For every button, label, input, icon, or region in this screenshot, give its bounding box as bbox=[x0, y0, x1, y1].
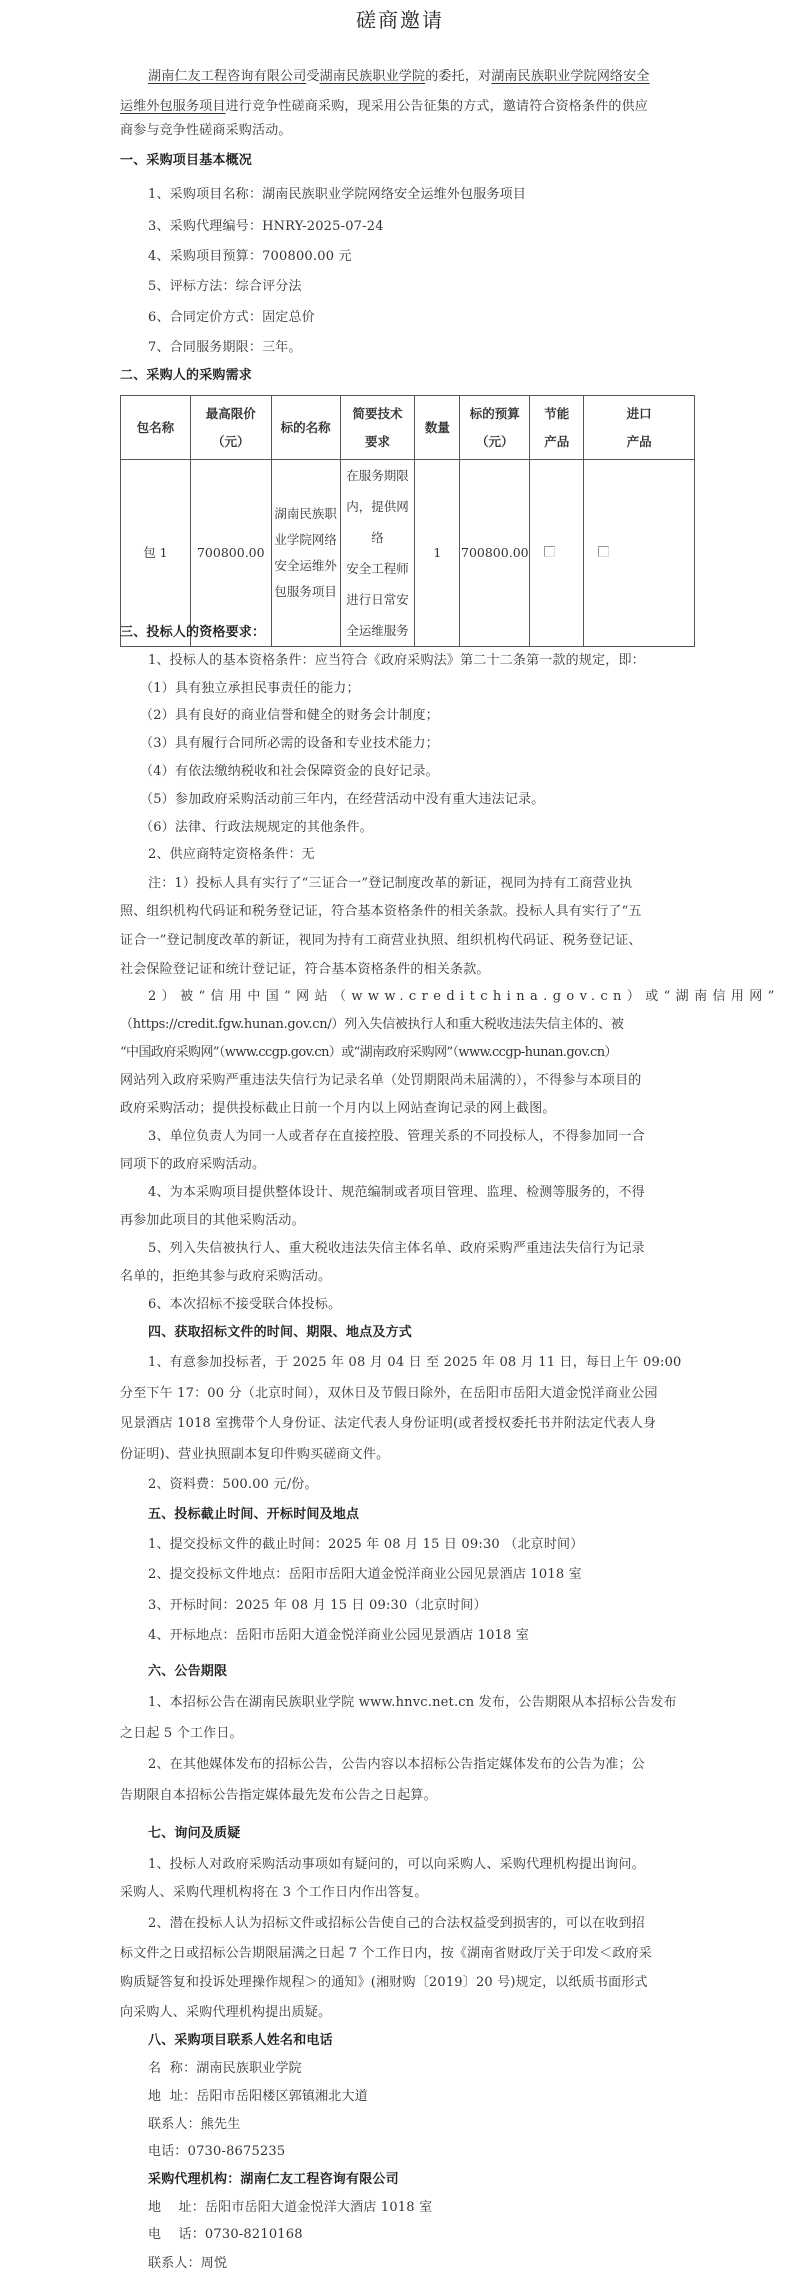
section-heading-3: 三、投标人的资格要求： bbox=[120, 625, 265, 641]
agency-heading: 采购代理机构：湖南仁友工程咨询有限公司 bbox=[148, 2172, 399, 2188]
condition-item: （2）具有良好的商业信誉和健全的财务会计制度； bbox=[140, 708, 439, 724]
cell-package: 包 1 bbox=[121, 460, 191, 647]
col-header-subject: 标的名称 bbox=[271, 396, 340, 460]
agency-contact: 联系人：周悦 bbox=[148, 2256, 227, 2272]
cell-max-price: 700800.00 bbox=[190, 460, 271, 647]
overview-item: 3、采购代理编号：HNRY-2025-07-24 bbox=[148, 219, 384, 235]
col-header-energy: 节能产品 bbox=[530, 396, 584, 460]
note2-line: （https://credit.fgw.hunan.gov.cn/）列入失信被执… bbox=[120, 1017, 624, 1033]
note2-line: 网站列入政府采购严重违法失信行为记录名单（处罚期限尚未届满的），不得参与本项目的 bbox=[120, 1073, 642, 1089]
qualification-item-6: 6、本次招标不接受联合体投标。 bbox=[148, 1297, 341, 1313]
qualification-item-5-cont: 名单的，拒绝其参与政府采购活动。 bbox=[120, 1269, 331, 1285]
col-header-tech: 简要技术要求 bbox=[340, 396, 415, 460]
note1-line: 社会保险登记证和统计登记证，符合基本资格条件的相关条款。 bbox=[120, 962, 490, 978]
deadline-item: 3、开标时间：2025 年 08 月 15 日 09:30（北京时间） bbox=[148, 1598, 487, 1614]
condition-item: （4）有依法缴纳税收和社会保障资金的良好记录。 bbox=[140, 764, 439, 780]
overview-item: 5、评标方法：综合评分法 bbox=[148, 279, 302, 295]
cell-budget: 700800.00 bbox=[460, 460, 530, 647]
deadline-item: 1、提交投标文件的截止时间：2025 年 08 月 15 日 09:30 （北京… bbox=[148, 1537, 583, 1553]
agency-phone: 电 话：0730-8210168 bbox=[148, 2227, 303, 2243]
notice-period-line: 之日起 5 个工作日。 bbox=[120, 1726, 243, 1742]
doc-fee: 2、资料费：500.00 元/份。 bbox=[148, 1477, 318, 1493]
section-heading-6: 六、公告期限 bbox=[148, 1664, 227, 1680]
section-heading-2: 二、采购人的采购需求 bbox=[120, 368, 252, 384]
intro-line-1: 湖南仁友工程咨询有限公司受湖南民族职业学院的委托，对湖南民族职业学院网络安全 bbox=[148, 69, 650, 85]
intro-line-2: 运维外包服务项目进行竞争性磋商采购，现采用公告征集的方式，邀请符合资格条件的供应 bbox=[120, 99, 648, 115]
deadline-item: 4、开标地点：岳阳市岳阳大道金悦洋商业公园见景酒店 1018 室 bbox=[148, 1628, 529, 1644]
condition-item: （3）具有履行合同所必需的设备和专业技术能力； bbox=[140, 736, 439, 752]
agency-name: 湖南仁友工程咨询有限公司 bbox=[148, 69, 306, 84]
intro-text: 受 bbox=[306, 69, 319, 84]
purchaser-contact: 联系人：熊先生 bbox=[148, 2117, 240, 2133]
cell-tech: 在服务期限 内，提供网络 安全工程师 进行日常安 全运维服务 bbox=[340, 460, 415, 647]
purchaser-phone: 电话：0730-8675235 bbox=[148, 2144, 285, 2160]
notice-period-line: 1、本招标公告在湖南民族职业学院 www.hnvc.net.cn 发布，公告期限… bbox=[148, 1695, 677, 1711]
section-heading-7: 七、询问及质疑 bbox=[148, 1826, 240, 1842]
project-name: 运维外包服务项目 bbox=[120, 99, 226, 114]
purchaser-name: 名 称：湖南民族职业学院 bbox=[148, 2061, 302, 2077]
intro-text: 的委托，对 bbox=[425, 69, 491, 84]
section-heading-4: 四、获取招标文件的时间、期限、地点及方式 bbox=[148, 1325, 412, 1341]
notice-period-line: 2、在其他媒体发布的招标公告，公告内容以本招标公告指定媒体发布的公告为准；公 bbox=[148, 1757, 645, 1773]
purchaser-name: 湖南民族职业学院 bbox=[320, 69, 426, 84]
condition-item: （1）具有独立承担民事责任的能力； bbox=[140, 681, 360, 697]
cell-energy-saving bbox=[530, 460, 584, 647]
requirements-table: 包名称 最高限价（元） 标的名称 简要技术要求 数量 标的预算（元） 节能产品 … bbox=[120, 395, 695, 647]
overview-item: 7、合同服务期限：三年。 bbox=[148, 340, 302, 356]
note1-line: 证合一”登记制度改革的新证，视同为持有工商营业执照、组织机构代码证、税务登记证、 bbox=[120, 933, 642, 949]
obtain-docs-line: 分至下午 17：00 分（北京时间），双休日及节假日除外，在岳阳市岳阳大道金悦洋… bbox=[120, 1386, 658, 1402]
qualification-item-3: 3、单位负责人为同一人或者存在直接控股、管理关系的不同投标人，不得参加同一合 bbox=[148, 1129, 645, 1145]
challenge-line: 购质疑答复和投诉处理操作规程＞的通知》(湘财购〔2019〕20 号)规定，以纸质… bbox=[120, 1975, 648, 1991]
notice-period-line: 告期限自本招标公告指定媒体最先发布公告之日起算。 bbox=[120, 1788, 437, 1804]
condition-item: （5）参加政府采购活动前三年内，在经营活动中没有重大违法记录。 bbox=[140, 792, 544, 808]
note1-line: 注：1）投标人具有实行了“三证合一”登记制度改革的新证，视同为持有工商营业执 bbox=[148, 876, 632, 892]
section-heading-8: 八、采购项目联系人姓名和电话 bbox=[148, 2033, 333, 2049]
obtain-docs-line: 份证明)、营业执照副本复印件购买磋商文件。 bbox=[120, 1447, 389, 1463]
page-title: 磋商邀请 bbox=[0, 4, 800, 33]
qualification-item-1: 1、投标人的基本资格条件：应当符合《政府采购法》第二十二条第一款的规定，即： bbox=[148, 653, 645, 669]
col-header-package: 包名称 bbox=[121, 396, 191, 460]
challenge-line: 标文件之日或招标公告期限届满之日起 7 个工作日内，按《湖南省财政厅关于印发＜政… bbox=[120, 1946, 652, 1962]
challenge-line: 2、潜在投标人认为招标文件或招标公告使自己的合法权益受到损害的，可以在收到招 bbox=[148, 1916, 645, 1932]
table-header-row: 包名称 最高限价（元） 标的名称 简要技术要求 数量 标的预算（元） 节能产品 … bbox=[121, 396, 695, 460]
qualification-item-4: 4、为本采购项目提供整体设计、规范编制或者项目管理、监理、检测等服务的，不得 bbox=[148, 1185, 645, 1201]
cell-quantity: 1 bbox=[415, 460, 460, 647]
overview-item: 6、合同定价方式：固定总价 bbox=[148, 310, 315, 326]
overview-item: 1、采购项目名称：湖南民族职业学院网络安全运维外包服务项目 bbox=[148, 187, 526, 203]
imported-checkbox[interactable] bbox=[598, 546, 609, 557]
col-header-quantity: 数量 bbox=[415, 396, 460, 460]
col-header-budget: 标的预算（元） bbox=[460, 396, 530, 460]
obtain-docs-line: 1、有意参加投标者，于 2025 年 08 月 04 日 至 2025 年 08… bbox=[148, 1355, 682, 1371]
overview-item: 4、采购项目预算：700800.00 元 bbox=[148, 249, 352, 265]
qualification-item-3-cont: 同项下的政府采购活动。 bbox=[120, 1157, 265, 1173]
note2-line: 2）被“信用中国”网站（www.creditchina.gov.cn）或“湖南信… bbox=[148, 989, 780, 1005]
col-header-max-price: 最高限价（元） bbox=[190, 396, 271, 460]
qualification-item-4-cont: 再参加此项目的其他采购活动。 bbox=[120, 1213, 305, 1229]
qualification-item-2: 2、供应商特定资格条件：无 bbox=[148, 847, 315, 863]
agency-address: 地 址：岳阳市岳阳大道金悦洋大酒店 1018 室 bbox=[148, 2200, 432, 2216]
inquiry-line: 1、投标人对政府采购活动事项如有疑问的，可以向采购人、采购代理机构提出询问。 bbox=[148, 1857, 645, 1873]
purchaser-address: 地 址：岳阳市岳阳楼区郭镇湘北大道 bbox=[148, 2089, 368, 2105]
energy-saving-checkbox[interactable] bbox=[544, 546, 555, 557]
section-heading-5: 五、投标截止时间、开标时间及地点 bbox=[148, 1507, 359, 1523]
note1-line: 照、组织机构代码证和税务登记证，符合基本资格条件的相关条款。投标人具有实行了“五 bbox=[120, 904, 642, 920]
col-header-imported: 进口产品 bbox=[584, 396, 695, 460]
inquiry-line: 采购人、采购代理机构将在 3 个工作日内作出答复。 bbox=[120, 1885, 428, 1901]
challenge-line: 向采购人、采购代理机构提出质疑。 bbox=[120, 2005, 331, 2021]
condition-item: （6）法律、行政法规规定的其他条件。 bbox=[140, 820, 373, 836]
cell-subject: 湖南民族职 业学院网络 安全运维外 包服务项目 bbox=[271, 460, 340, 647]
note2-line: “中国政府采购网”（www.ccgp.gov.cn）或“湖南政府采购网”（www… bbox=[120, 1045, 617, 1061]
intro-line-3: 商参与竞争性磋商采购活动。 bbox=[120, 123, 292, 139]
deadline-item: 2、提交投标文件地点：岳阳市岳阳大道金悦洋商业公园见景酒店 1018 室 bbox=[148, 1567, 582, 1583]
table-row: 包 1 700800.00 湖南民族职 业学院网络 安全运维外 包服务项目 在服… bbox=[121, 460, 695, 647]
qualification-item-5: 5、列入失信被执行人、重大税收违法失信主体名单、政府采购严重违法失信行为记录 bbox=[148, 1241, 645, 1257]
section-heading-1: 一、采购项目基本概况 bbox=[120, 153, 252, 169]
project-name: 湖南民族职业学院网络安全 bbox=[491, 69, 649, 84]
cell-imported bbox=[584, 460, 695, 647]
obtain-docs-line: 见景酒店 1018 室携带个人身份证、法定代表人身份证明(或者授权委托书并附法定… bbox=[120, 1416, 656, 1432]
note2-line: 政府采购活动；提供投标截止日前一个月内以上网站查询记录的网上截图。 bbox=[120, 1101, 556, 1117]
intro-text: 进行竞争性磋商采购，现采用公告征集的方式，邀请符合资格条件的供应 bbox=[226, 99, 648, 114]
